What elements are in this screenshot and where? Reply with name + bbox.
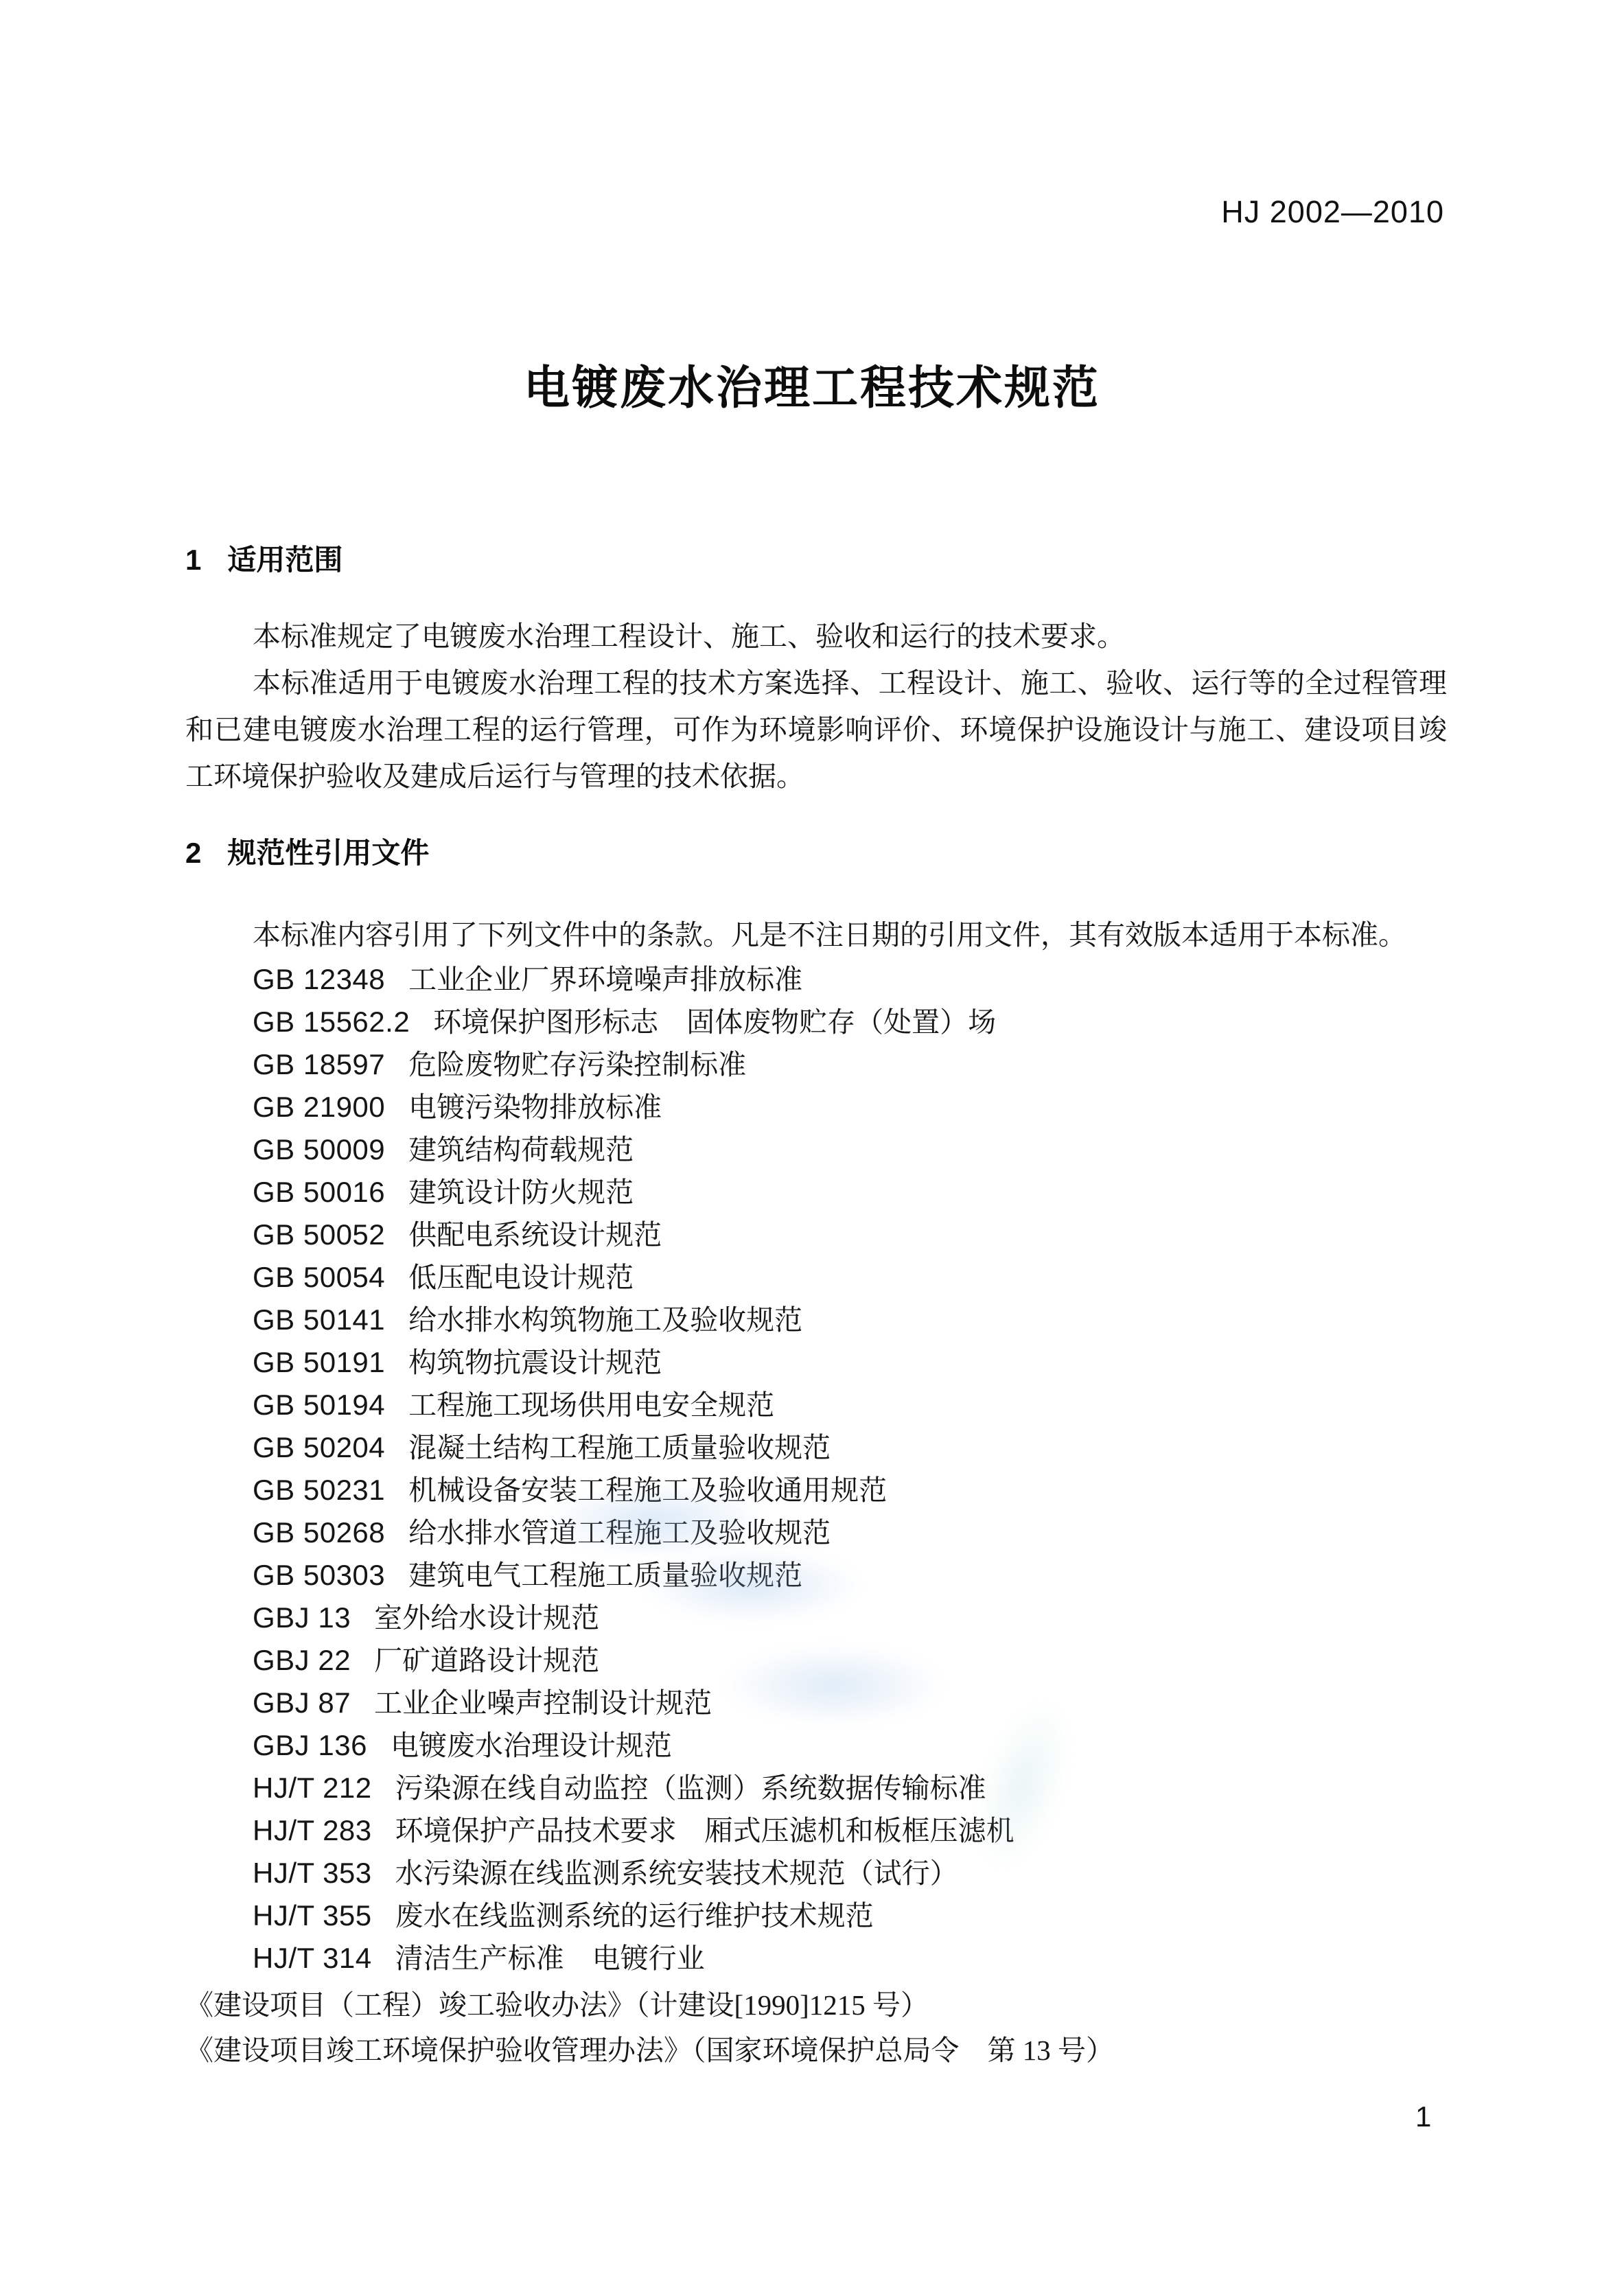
reference-title: 构筑物抗震设计规范 [408, 1347, 662, 1378]
reference-item: GB 50052供配电系统设计规范 [185, 1214, 1476, 1256]
standard-code-header: HJ 2002—2010 [1221, 194, 1444, 230]
reference-code: HJ/T 353 [253, 1857, 372, 1889]
reference-title: 供配电系统设计规范 [408, 1219, 662, 1251]
cited-document: 《建设项目竣工环境保护验收管理办法》（国家环境保护总局令 第 13 号） [185, 2028, 1476, 2073]
reference-title: 环境保护图形标志 固体废物贮存（处置）场 [433, 1006, 996, 1038]
reference-title: 厂矿道路设计规范 [374, 1645, 599, 1676]
reference-code: GB 50194 [253, 1389, 385, 1421]
reference-item: GBJ 87工业企业噪声控制设计规范 [185, 1682, 1476, 1724]
cited-document: 《建设项目（工程）竣工验收办法》（计建设[1990]1215 号） [185, 1982, 1476, 2028]
reference-code: GB 50052 [253, 1218, 385, 1251]
reference-title: 建筑结构荷载规范 [408, 1134, 634, 1166]
reference-code: GB 50204 [253, 1431, 385, 1463]
reference-item: HJ/T 353水污染源在线监测系统安装技术规范（试行） [185, 1852, 1476, 1894]
reference-item: GB 50231机械设备安装工程施工及验收通用规范 [185, 1469, 1476, 1511]
reference-item: GB 50268给水排水管道工程施工及验收规范 [185, 1511, 1476, 1554]
reference-title: 废水在线监测系统的运行维护技术规范 [395, 1900, 874, 1932]
reference-title: 水污染源在线监测系统安装技术规范（试行） [395, 1857, 958, 1889]
reference-title: 给水排水管道工程施工及验收规范 [408, 1517, 831, 1549]
reference-code: GB 50141 [253, 1303, 385, 1336]
reference-title: 混凝土结构工程施工质量验收规范 [408, 1432, 831, 1463]
section-2-label: 规范性引用文件 [227, 837, 429, 869]
reference-title: 污染源在线自动监控（监测）系统数据传输标准 [395, 1772, 986, 1804]
reference-code: GBJ 22 [253, 1644, 351, 1676]
reference-title: 工业企业噪声控制设计规范 [374, 1687, 712, 1719]
reference-item: GB 21900电镀污染物排放标准 [185, 1086, 1476, 1128]
document-title: 电镀废水治理工程技术规范 [0, 351, 1624, 417]
page-number: 1 [1415, 2100, 1431, 2133]
reference-item: GB 12348工业企业厂界环境噪声排放标准 [185, 958, 1476, 1001]
reference-title: 建筑电气工程施工质量验收规范 [408, 1559, 802, 1591]
reference-title: 机械设备安装工程施工及验收通用规范 [408, 1474, 887, 1506]
section-1-label: 适用范围 [227, 544, 343, 576]
reference-code: HJ/T 212 [253, 1772, 372, 1804]
reference-title: 工程施工现场供用电安全规范 [408, 1389, 774, 1421]
reference-item: HJ/T 355废水在线监测系统的运行维护技术规范 [185, 1894, 1476, 1937]
reference-code: GB 50016 [253, 1176, 385, 1208]
reference-code: HJ/T 314 [253, 1942, 372, 1974]
reference-title: 建筑设计防火规范 [408, 1176, 634, 1208]
reference-item: GBJ 136电镀废水治理设计规范 [185, 1724, 1476, 1767]
reference-code: GB 12348 [253, 963, 385, 995]
reference-title: 低压配电设计规范 [408, 1262, 634, 1293]
reference-item: GB 50194工程施工现场供用电安全规范 [185, 1384, 1476, 1426]
reference-title: 危险废物贮存污染控制标准 [408, 1049, 746, 1080]
reference-item: GB 15562.2环境保护图形标志 固体废物贮存（处置）场 [185, 1001, 1476, 1043]
reference-code: GB 50268 [253, 1516, 385, 1549]
reference-item: HJ/T 314清洁生产标准 电镀行业 [185, 1937, 1476, 1980]
reference-item: GB 50204混凝土结构工程施工质量验收规范 [185, 1426, 1476, 1469]
reference-code: GB 18597 [253, 1048, 385, 1080]
section-1-paragraph-2: 本标准适用于电镀废水治理工程的技术方案选择、工程设计、施工、验收、运行等的全过程… [185, 660, 1447, 800]
reference-title: 环境保护产品技术要求 厢式压滤机和板框压滤机 [395, 1815, 1014, 1846]
reference-list: GB 12348工业企业厂界环境噪声排放标准 GB 15562.2环境保护图形标… [185, 958, 1476, 2073]
reference-code: GB 21900 [253, 1091, 385, 1123]
reference-item: GB 18597危险废物贮存污染控制标准 [185, 1043, 1476, 1086]
reference-item: GBJ 13室外给水设计规范 [185, 1597, 1476, 1639]
section-1-paragraph-1: 本标准规定了电镀废水治理工程设计、施工、验收和运行的技术要求。 [185, 613, 1447, 660]
reference-title: 清洁生产标准 电镀行业 [395, 1943, 705, 1974]
reference-item: HJ/T 212污染源在线自动监控（监测）系统数据传输标准 [185, 1767, 1476, 1809]
reference-item: GB 50054低压配电设计规范 [185, 1256, 1476, 1299]
reference-code: HJ/T 355 [253, 1899, 372, 1932]
reference-title: 电镀污染物排放标准 [408, 1091, 662, 1123]
reference-title: 室外给水设计规范 [374, 1602, 599, 1634]
section-2-heading: 2规范性引用文件 [185, 831, 429, 872]
reference-item: GB 50016建筑设计防火规范 [185, 1171, 1476, 1214]
section-1-number: 1 [185, 544, 201, 576]
reference-title: 给水排水构筑物施工及验收规范 [408, 1304, 802, 1336]
reference-code: GB 15562.2 [253, 1006, 410, 1038]
section-2-number: 2 [185, 837, 201, 869]
reference-code: GB 50231 [253, 1474, 385, 1506]
section-1-heading: 1适用范围 [185, 537, 343, 579]
reference-item: GB 50141给水排水构筑物施工及验收规范 [185, 1299, 1476, 1341]
reference-code: GB 50303 [253, 1559, 385, 1591]
reference-code: GB 50191 [253, 1346, 385, 1378]
reference-title: 工业企业厂界环境噪声排放标准 [408, 964, 802, 995]
section-2-intro: 本标准内容引用了下列文件中的条款。凡是不注日期的引用文件，其有效版本适用于本标准… [185, 912, 1447, 958]
reference-item: GB 50303建筑电气工程施工质量验收规范 [185, 1554, 1476, 1597]
reference-code: GBJ 87 [253, 1686, 351, 1719]
reference-code: HJ/T 283 [253, 1814, 372, 1846]
reference-item: GB 50009建筑结构荷载规范 [185, 1128, 1476, 1171]
reference-code: GB 50009 [253, 1133, 385, 1166]
reference-item: GB 50191构筑物抗震设计规范 [185, 1341, 1476, 1384]
document-page: HJ 2002—2010 电镀废水治理工程技术规范 1适用范围 本标准规定了电镀… [0, 0, 1624, 2296]
reference-code: GB 50054 [253, 1261, 385, 1293]
reference-code: GBJ 13 [253, 1601, 351, 1634]
reference-item: GBJ 22厂矿道路设计规范 [185, 1639, 1476, 1682]
reference-title: 电镀废水治理设计规范 [391, 1730, 672, 1761]
reference-code: GBJ 136 [253, 1729, 367, 1761]
reference-item: HJ/T 283环境保护产品技术要求 厢式压滤机和板框压滤机 [185, 1809, 1476, 1852]
